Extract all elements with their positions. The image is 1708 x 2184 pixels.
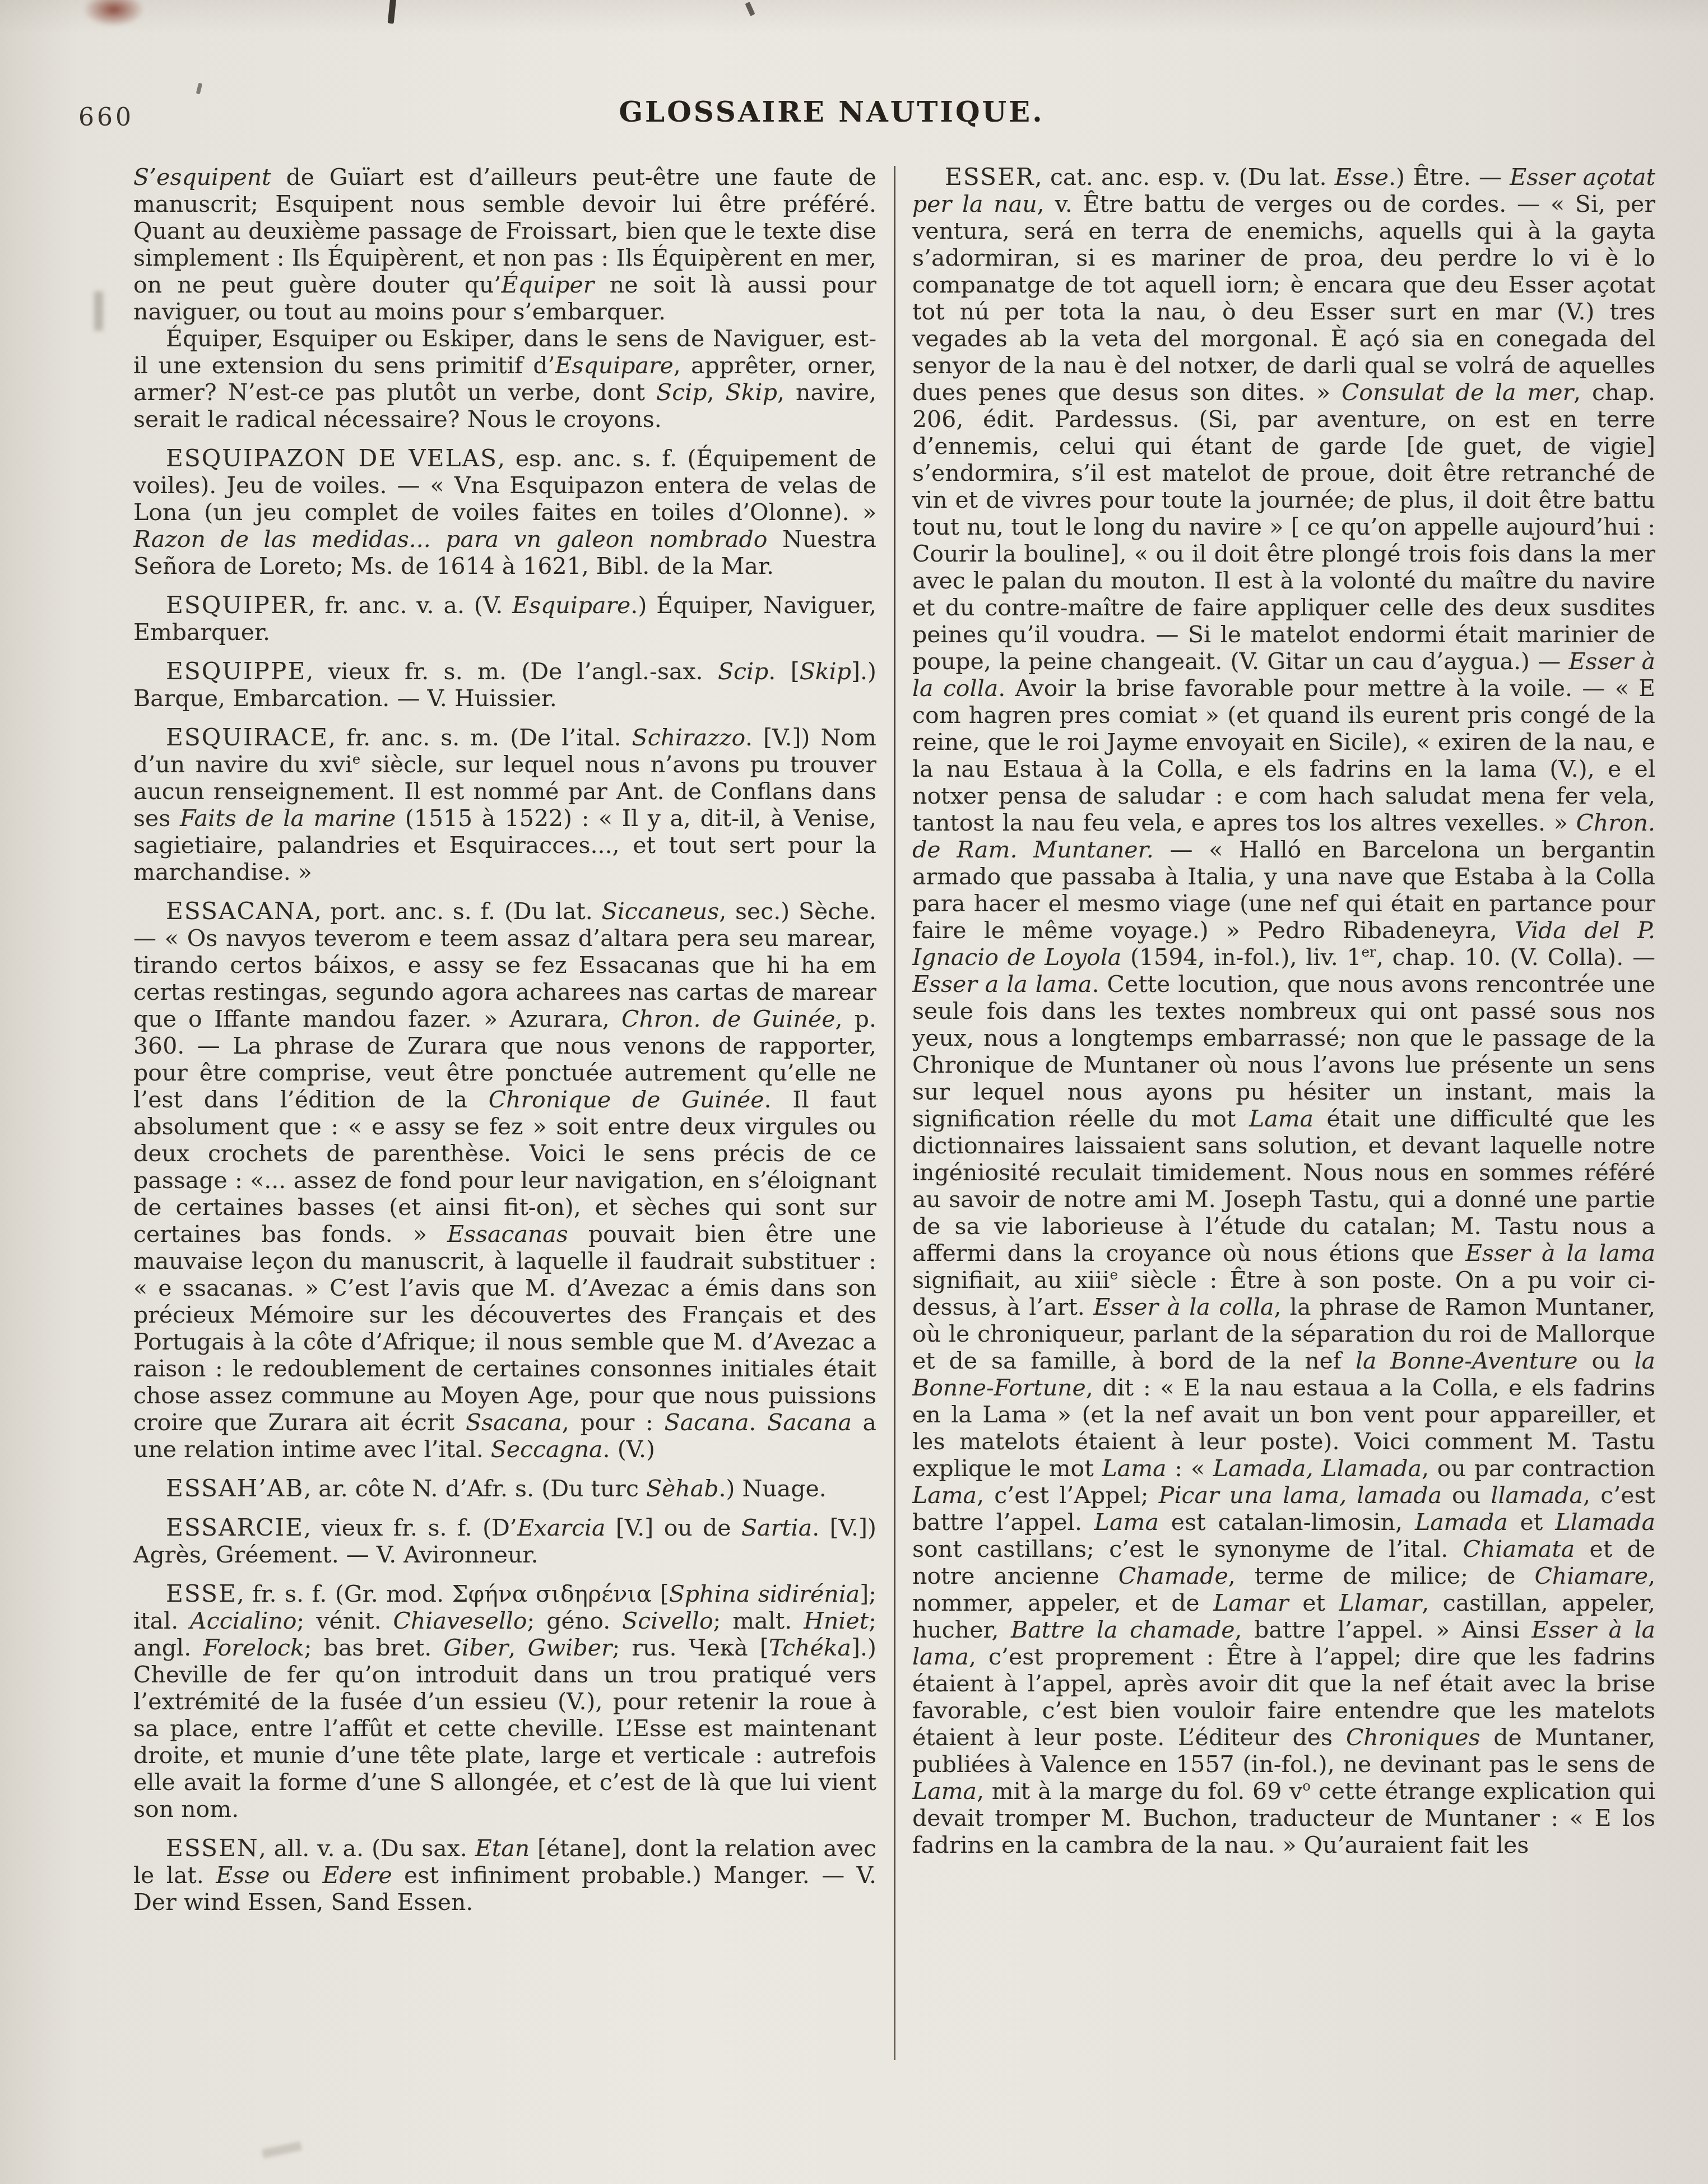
text-segment: , all. v. a. (Du sax. bbox=[259, 1835, 475, 1862]
text-segment: Etan bbox=[475, 1835, 530, 1862]
text-segment: Chronique de Guinée bbox=[489, 1086, 764, 1113]
text-segment: Lamada bbox=[1415, 1509, 1508, 1536]
text-segment: Sacana bbox=[665, 1409, 749, 1436]
text-segment: ou bbox=[270, 1862, 323, 1889]
text-segment: , ar. côte N. d’Afr. s. (Du turc bbox=[304, 1475, 646, 1502]
text-segment: Schirazzo bbox=[632, 724, 746, 751]
entry-headword: ESSER bbox=[945, 164, 1035, 191]
text-segment: Chiavesello bbox=[393, 1607, 527, 1634]
text-segment: ou bbox=[1442, 1482, 1491, 1509]
text-segment: signifiait, au xiii bbox=[912, 1267, 1110, 1293]
text-segment: , cat. anc. esp. v. (Du lat. bbox=[1035, 164, 1335, 191]
text-segment: , vieux fr. s. m. (De l’angl.-sax. bbox=[306, 658, 718, 685]
text-segment: . [ bbox=[768, 658, 799, 685]
text-segment: , c’est l’Appel; bbox=[977, 1482, 1159, 1509]
entry-headword: ESQUIPER bbox=[166, 591, 308, 619]
text-segment: Chamade bbox=[1118, 1562, 1228, 1589]
scanned-book-page: 660 GLOSSAIRE NAUTIQUE. S’esquipent de G… bbox=[0, 0, 1708, 2184]
entry-esquipazon-de-velas: ESQUIPAZON DE VELAS, esp. anc. s. f. (Éq… bbox=[133, 445, 876, 579]
text-segment: Skip bbox=[726, 379, 777, 406]
entry-essacana: ESSACANA, port. anc. s. f. (Du lat. Sicc… bbox=[133, 898, 876, 1463]
text-segment: Sèhab bbox=[646, 1475, 718, 1502]
stray-mark-artifact bbox=[196, 82, 203, 94]
text-segment: Battre la chamade bbox=[1011, 1616, 1235, 1643]
text-segment: , ou par contraction bbox=[1422, 1455, 1655, 1482]
left-column: S’esquipent de Guïart est d’ailleurs peu… bbox=[133, 164, 876, 2069]
text-segment: , battre l’appel. » Ainsi bbox=[1235, 1616, 1532, 1643]
entry-esse: ESSE, fr. s. f. (Gr. mod. Σφήνα σιδηρένι… bbox=[133, 1580, 876, 1823]
text-segment: ou bbox=[1578, 1347, 1635, 1374]
two-column-text-block: S’esquipent de Guïart est d’ailleurs peu… bbox=[133, 164, 1655, 2069]
right-column: ESSER, cat. anc. esp. v. (Du lat. Esse.)… bbox=[912, 164, 1655, 2069]
bleedthrough-artifact bbox=[262, 2141, 302, 2158]
entry-headword: ESQUIPAZON DE VELAS bbox=[166, 444, 498, 472]
paragraph-equiper-discussion: Équiper, Esquiper ou Eskiper, dans le se… bbox=[133, 325, 876, 433]
text-segment: ; géno. bbox=[527, 1607, 623, 1634]
text-segment: sont castillans; c’est le synonyme de l’… bbox=[912, 1536, 1463, 1562]
text-segment: Sacana bbox=[767, 1409, 852, 1436]
text-segment: , pour : bbox=[562, 1409, 665, 1436]
text-segment: Chroniques bbox=[1346, 1724, 1480, 1751]
entry-headword: ESSAH’AB bbox=[166, 1474, 304, 1502]
ink-tick-artifact bbox=[745, 2, 755, 16]
entry-headword: ESQUIRACE bbox=[166, 724, 328, 751]
text-segment: Gwiber bbox=[527, 1634, 612, 1661]
entry-headword: ESSEN bbox=[166, 1834, 259, 1862]
margin-spot-artifact bbox=[94, 291, 103, 331]
text-segment: ; vénit. bbox=[297, 1607, 393, 1634]
ink-dash-artifact bbox=[388, 0, 397, 24]
text-segment: Forelock bbox=[203, 1634, 304, 1661]
text-segment: Hniet bbox=[804, 1607, 869, 1634]
text-segment: . (V.) bbox=[603, 1436, 656, 1463]
text-segment: . Avoir la brise favorable pour mettre à… bbox=[912, 675, 1655, 836]
text-segment: la Bonne-Aventure bbox=[1356, 1347, 1578, 1374]
ink-smudge-artifact bbox=[83, 0, 145, 27]
text-segment: Chiamare bbox=[1534, 1562, 1648, 1589]
text-segment: Sartia bbox=[741, 1514, 812, 1541]
text-segment: , fr. anc. s. m. (De l’ital. bbox=[328, 724, 632, 751]
text-segment: er bbox=[1362, 944, 1376, 960]
text-segment: , bbox=[508, 1634, 527, 1661]
text-segment: , chap. 10. (V. Colla). — bbox=[1376, 944, 1655, 971]
text-segment: Lama bbox=[912, 1778, 977, 1805]
text-segment: ].) Cheville de fer qu’on introduit dans… bbox=[133, 1634, 876, 1823]
text-segment: . bbox=[749, 1409, 767, 1436]
text-segment: , v. Être battu de verges ou de cordes. … bbox=[912, 191, 1655, 406]
text-segment: (1594, in-fol.), liv. 1 bbox=[1121, 944, 1361, 971]
text-segment: Picar una lama, lamada bbox=[1159, 1482, 1442, 1509]
entry-essahab: ESSAH’AB, ar. côte N. d’Afr. s. (Du turc… bbox=[133, 1475, 876, 1502]
text-segment: Esquipare bbox=[555, 352, 674, 379]
text-segment: et bbox=[1508, 1509, 1556, 1536]
text-segment: Esse bbox=[1335, 164, 1389, 191]
entry-headword: ESSE bbox=[166, 1580, 237, 1607]
text-segment: Consulat de la mer bbox=[1342, 379, 1574, 406]
text-segment: Scivello bbox=[622, 1607, 713, 1634]
text-segment: Llamada bbox=[1555, 1509, 1655, 1536]
text-segment: Edere bbox=[322, 1862, 392, 1889]
text-segment: , bbox=[707, 379, 726, 406]
entry-esquirace: ESQUIRACE, fr. anc. s. m. (De l’ital. Sc… bbox=[133, 724, 876, 885]
entry-essen: ESSEN, all. v. a. (Du sax. Etan [étane],… bbox=[133, 1835, 876, 1916]
text-segment: Chiamata bbox=[1463, 1536, 1575, 1562]
text-segment: : « bbox=[1167, 1455, 1213, 1482]
text-segment: Accialino bbox=[190, 1607, 296, 1634]
text-segment: Esser a la lama bbox=[912, 971, 1092, 998]
text-segment: .) Être. — bbox=[1389, 164, 1510, 191]
page-title: GLOSSAIRE NAUTIQUE. bbox=[0, 95, 1663, 128]
text-segment: Sphina sidirénia bbox=[669, 1580, 860, 1607]
text-segment: , mit à la marge du fol. 69 v bbox=[977, 1778, 1302, 1805]
text-segment: , terme de milice; de bbox=[1228, 1562, 1535, 1589]
text-segment: S’esquipent bbox=[133, 164, 271, 191]
text-segment: Llamar bbox=[1339, 1589, 1422, 1616]
entry-esquiper: ESQUIPER, fr. anc. v. a. (V. Esquipare.)… bbox=[133, 592, 876, 646]
text-segment: llamada bbox=[1491, 1482, 1583, 1509]
text-segment: Esquipare bbox=[512, 592, 630, 619]
text-segment: Lama bbox=[1102, 1455, 1167, 1482]
text-segment: Razon de las medidas... para vn galeon n… bbox=[133, 526, 767, 553]
text-segment: , port. anc. s. f. (Du lat. bbox=[314, 898, 602, 925]
text-segment: Scip bbox=[718, 658, 768, 685]
text-segment: e bbox=[1110, 1267, 1118, 1283]
text-segment: Esser à la lama bbox=[1465, 1240, 1655, 1267]
text-segment: Giber bbox=[443, 1634, 508, 1661]
text-segment: Ssacana bbox=[466, 1409, 562, 1436]
column-divider-rule bbox=[894, 166, 895, 2060]
entry-esser: ESSER, cat. anc. esp. v. (Du lat. Esse.)… bbox=[912, 164, 1655, 1858]
text-segment: Faits de la marine bbox=[180, 805, 396, 832]
entry-esquippe: ESQUIPPE, vieux fr. s. m. (De l’angl.-sa… bbox=[133, 658, 876, 712]
text-segment: Exarcia bbox=[517, 1514, 606, 1541]
text-segment: ; malt. bbox=[713, 1607, 804, 1634]
text-segment: , fr. s. f. (Gr. mod. Σφήνα σιδηρένια [ bbox=[237, 1580, 669, 1607]
text-segment: est catalan-limosin, bbox=[1159, 1509, 1415, 1536]
entry-headword: ESSARCIE bbox=[166, 1514, 304, 1541]
text-segment: Chron. de Guinée bbox=[621, 1005, 836, 1032]
text-segment: Tchéka bbox=[769, 1634, 851, 1661]
entry-essarcie: ESSARCIE, vieux fr. s. f. (D’Exarcia [V.… bbox=[133, 1514, 876, 1568]
text-segment: Lamar bbox=[1213, 1589, 1289, 1616]
text-segment: Scip bbox=[656, 379, 707, 406]
entry-headword: ESQUIPPE bbox=[166, 657, 306, 685]
text-segment: et bbox=[1289, 1589, 1339, 1616]
text-segment: Lama bbox=[912, 1482, 977, 1509]
text-segment: ; bas bret. bbox=[304, 1634, 444, 1661]
text-segment: Siccaneus bbox=[602, 898, 720, 925]
text-segment: ; rus. Чекà [ bbox=[612, 1634, 769, 1661]
text-segment: , vieux fr. s. f. (D’ bbox=[304, 1514, 517, 1541]
text-segment: , fr. anc. v. a. (V. bbox=[308, 592, 512, 619]
text-segment: , chap. 206, édit. Pardessus. (Si, par a… bbox=[912, 379, 1655, 675]
text-segment: Équiper bbox=[501, 271, 594, 298]
text-segment: Lama bbox=[1094, 1509, 1159, 1536]
text-segment: .) Nuage. bbox=[718, 1475, 826, 1502]
text-segment: o bbox=[1302, 1778, 1311, 1794]
text-segment: Esser à la colla bbox=[1093, 1293, 1274, 1320]
text-segment: Lama bbox=[1249, 1105, 1314, 1132]
continuation-paragraph-esquipent: S’esquipent de Guïart est d’ailleurs peu… bbox=[133, 164, 876, 325]
text-segment: Seccagna bbox=[491, 1436, 603, 1463]
text-segment: Lamada, Llamada bbox=[1213, 1455, 1422, 1482]
text-segment: Esse bbox=[216, 1862, 270, 1889]
text-segment: e bbox=[352, 751, 361, 767]
text-segment: Skip bbox=[800, 658, 851, 685]
text-segment: [V.] ou de bbox=[606, 1514, 741, 1541]
text-segment: pouvait bien être une mauvaise leçon du … bbox=[133, 1221, 876, 1436]
text-segment: Essacanas bbox=[447, 1221, 568, 1248]
entry-headword: ESSACANA bbox=[166, 897, 314, 925]
